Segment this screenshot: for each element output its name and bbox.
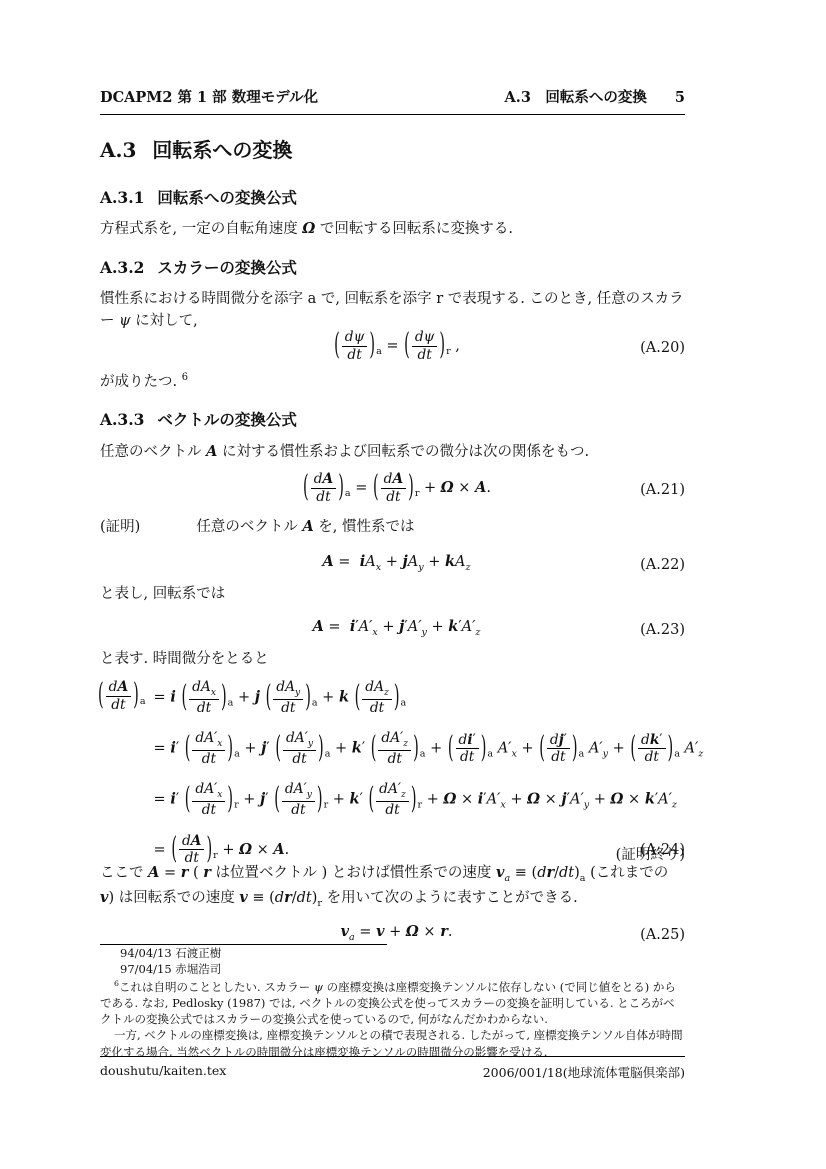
paragraph-between-1: と表し, 回転系では bbox=[100, 583, 685, 605]
paragraph-here: ここで A = r ( r は位置ベクトル ) とおけば慣性系での速度 va ≡… bbox=[100, 862, 685, 911]
paragraph-between-2: と表す. 時間微分をとると bbox=[100, 648, 685, 670]
equation-a20-body: (dψdt)a = (dψdt)r , bbox=[325, 322, 460, 370]
footnote-6: 6これは自明のこととしたい. スカラー ψ の座標変換は座標変換テンソルに依存し… bbox=[100, 978, 685, 1028]
subsection-heading-a31: A.3.1回転系への変換公式 bbox=[100, 186, 685, 208]
footer-filename: doushutu/kaiten.tex bbox=[100, 1063, 226, 1081]
equation-tag-a21: (A.21) bbox=[640, 482, 685, 498]
subsection-number: A.3.1 bbox=[100, 188, 144, 207]
footnote-date-2: 97/04/15 赤堀浩司 bbox=[100, 961, 685, 977]
subsection-heading-a33: A.3.3ベクトルの変換公式 bbox=[100, 408, 685, 430]
subsection-title: ベクトルの変換公式 bbox=[157, 410, 297, 429]
proof-start-line: (証明)任意のベクトル A を, 慣性系では bbox=[100, 516, 685, 538]
section-number: A.3 bbox=[100, 138, 136, 162]
subsection-title: スカラーの変換公式 bbox=[157, 258, 297, 277]
subsection-number: A.3.2 bbox=[100, 258, 144, 277]
footer-credit: 2006/001/18(地球流体電脳倶楽部) bbox=[483, 1063, 685, 1081]
equation-tag-a23: (A.23) bbox=[640, 622, 685, 638]
paragraph-after-a20: が成りたつ. 6 bbox=[100, 370, 685, 393]
section-heading: A.3回転系への変換 bbox=[100, 134, 685, 163]
subsection-heading-a32: A.3.2スカラーの変換公式 bbox=[100, 256, 685, 278]
subsection-number: A.3.3 bbox=[100, 410, 144, 429]
equation-a21: (dAdt)a = (dAdt)r + Ω × A. (A.21) bbox=[100, 464, 685, 516]
equation-a23-body: A = i′A′x + j′A′y + k′A′z bbox=[305, 611, 481, 645]
section-title: 回転系への変換 bbox=[152, 138, 292, 162]
equation-tag-a25: (A.25) bbox=[640, 927, 685, 943]
equation-a23: A = i′A′x + j′A′y + k′A′z (A.23) bbox=[100, 611, 685, 649]
subsection-title: 回転系への変換公式 bbox=[157, 188, 297, 207]
page-header: DCAPM2 第 1 部 数理モデル化 A.3 回転系への変換5 bbox=[100, 86, 685, 115]
proof-label: (証明) bbox=[100, 519, 140, 535]
page-number: 5 bbox=[675, 89, 685, 106]
equation-a21-body: (dAdt)a = (dAdt)r + Ω × A. bbox=[294, 464, 491, 512]
paragraph-a33: 任意のベクトル A に対する慣性系および回転系での微分は次の関係をもつ. bbox=[100, 441, 685, 463]
proof-intro: 任意のベクトル A を, 慣性系では bbox=[196, 519, 414, 535]
equation-tag-a20: (A.20) bbox=[640, 340, 685, 356]
equation-a20: (dψdt)a = (dψdt)r , (A.20) bbox=[100, 322, 685, 374]
equation-a22: A = iAx + jAy + kAz (A.22) bbox=[100, 546, 685, 584]
header-document-title: DCAPM2 第 1 部 数理モデル化 bbox=[100, 86, 318, 107]
footnote-block: 94/04/13 石渡正樹 97/04/15 赤堀浩司 6これは自明のこととした… bbox=[100, 944, 685, 1060]
paragraph-a31: 方程式系を, 一定の自転角速度 Ω で回転する回転系に変換する. bbox=[100, 218, 685, 240]
equation-tag-a22: (A.22) bbox=[640, 557, 685, 573]
document-page: DCAPM2 第 1 部 数理モデル化 A.3 回転系への変換5 A.3回転系へ… bbox=[0, 0, 826, 1169]
page-footer: doushutu/kaiten.tex 2006/001/18(地球流体電脳倶楽… bbox=[100, 1056, 685, 1081]
header-right: A.3 回転系への変換5 bbox=[505, 86, 685, 107]
header-section-title: A.3 回転系への変換 bbox=[505, 89, 647, 106]
footnote-date-1: 94/04/13 石渡正樹 bbox=[100, 945, 685, 961]
equation-a22-body: A = iAx + jAy + kAz bbox=[314, 546, 470, 580]
